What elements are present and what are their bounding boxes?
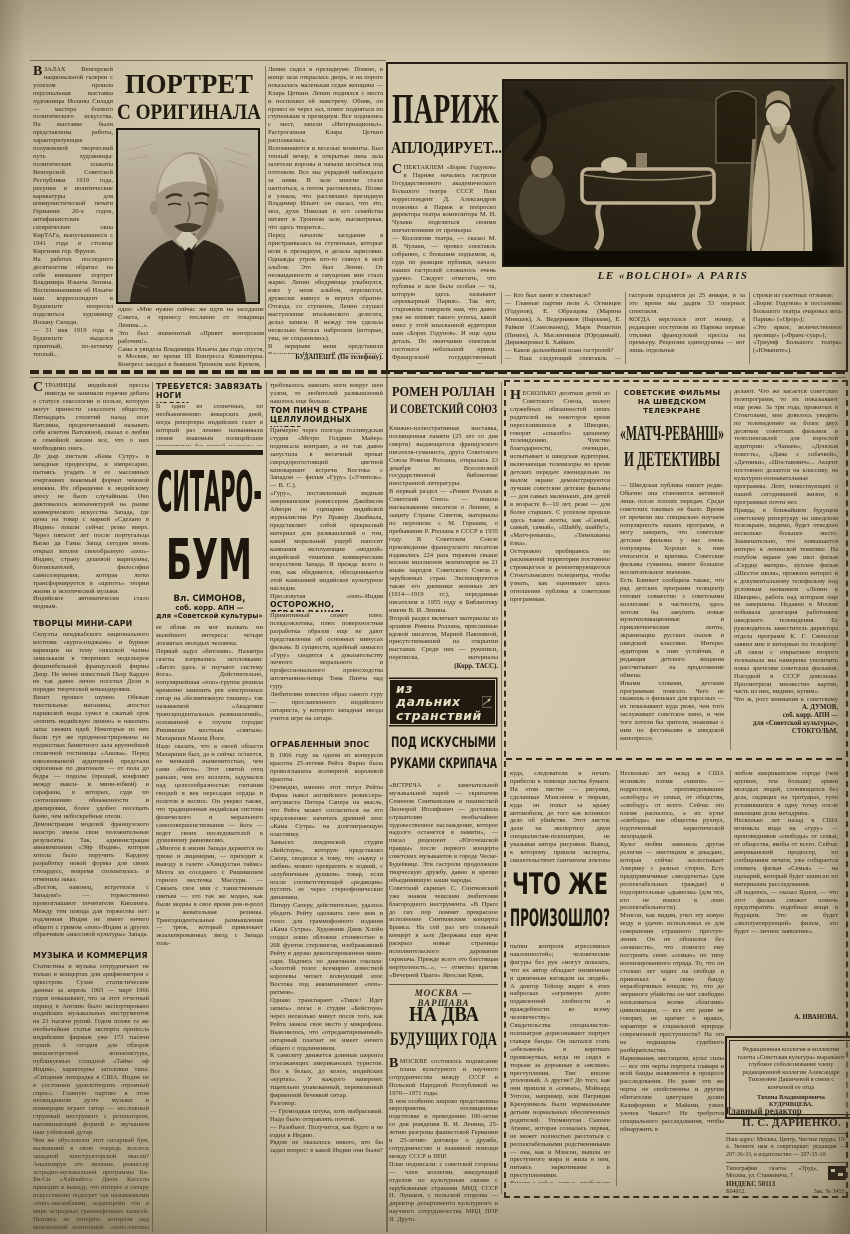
moscow-warsaw-kicker: МОСКВА — ВАРШАВА [389,988,498,1001]
manson-a-pre: куда, следователи и печать прибегли к по… [510,770,610,862]
match-revanche-line2: И ДЕТЕКТИВЫ [624,447,720,471]
two-years-headline-line1: НА ДВА [409,1002,480,1026]
two-years-headline: НА ДВА БУДУЩИХ ГОДА [389,1001,498,1051]
top-rule [30,60,386,61]
sweden-column-c-text: делают. Что же касается советских телепр… [734,388,838,704]
mini-sari-subhead: ТВОРЦЫ МИНИ-САРИ [33,619,149,631]
music-commerce-subhead: МУЗЫКА И КОММЕРЦИЯ [33,951,149,963]
travel-box-label: из дальних странствий [390,682,482,723]
sitar-c1-text-a: СТРАНИЦЫ индийской прессы никогда не зан… [33,382,149,619]
sitar-title-bar [156,450,263,455]
travel-icon [482,690,492,714]
code-line: Б04012. [726,1189,746,1196]
match-revanche-headline: «МАТЧ-РЕВАНШ» И ДЕТЕКТИВЫ [620,419,724,473]
portrait-sign: БУДАПЕШТ. (По телефону). [268,354,383,361]
printer-text: Типография газеты «Труд», Москва, ул. Ст… [726,1166,818,1181]
paris-column-3: гастроли продлятся до 25 января, и за эт… [629,292,745,364]
sitar-column-2: ТРЕБУЕТСЯ: ЗАВЯЗАТЬ НОГИ УЗЛОМ В один из… [156,382,263,1232]
manson-column-c: любом американском городе (чем крупнее, … [734,770,838,1028]
sweden-kicker-line2: НА ШВЕДСКОМ [620,397,724,406]
violinist-text: «ВСТРЕЧА с замечательной музыкальной пар… [389,782,498,978]
bolshoi-stage-scene [504,81,842,265]
paris-column-rule-1 [501,292,502,364]
travel-box-line1: из дальних [396,682,482,709]
paris-column-1: С ПЕКТАКЛЕМ «Борис Годунов» в Париже нач… [392,164,496,364]
rolland-headline: РОМЕН РОЛЛАН И СОВЕТСКИЙ СОЮЗ [389,382,498,418]
two-years-text: В МОСКВЕ состоялось подписание плана кул… [389,1058,498,1228]
sitar-boom-line1: СИТАРО- [157,460,262,525]
simonov-byline-name: Вл. СИМОНОВ, [156,594,263,604]
paris-column-rule-3 [749,292,750,364]
sweden-column-b-text: — Шведская публика пишет редко. Обычно о… [620,482,724,748]
travel-box-line2: странствий [396,709,482,723]
dumov-city: СТОКГОЛЬМ. [792,728,838,735]
bolshoi-photo-caption: LE «BOLCHOI» A PARIS [502,270,844,282]
sitar-c2-text: ее облик не мог вызвать ни малейшего инт… [156,624,263,1216]
sweden-rule-1 [616,390,617,750]
sitar-column-3: требовалось завязать ноги вокруг шеи узл… [270,382,383,1232]
column-rule-1 [152,382,153,1232]
paris-subheadline: АПЛОДИРУЕТ... [390,137,504,159]
trebuetsya-text: В один из солнечных, по необыкновению ян… [156,403,263,446]
portrait-article-left-column: В ЗАЛАХ Венгерской национальной галереи … [33,66,113,368]
column-rule-3 [386,62,388,1232]
manson-column-b: Несколько лет назад в США возникло племя… [620,770,724,1188]
simonov-byline-paper: для «Советской культуры» [156,612,263,620]
sweden-column-b: СОВЕТСКИЕ ФИЛЬМЫ НА ШВЕДСКОМ ТЕЛЕЭКРАНЕ … [620,388,724,750]
newspaper-page: В ЗАЛАХ Венгерской национальной галереи … [0,0,850,1234]
imprint-rule-2 [726,1162,846,1163]
printer-mark-icon [828,1166,846,1180]
paris-column-2: — Кто был занят в спектакле? — Главные п… [505,292,621,364]
paris-column-rule-2 [625,292,626,364]
editor-label: Главный редактор [726,1106,846,1117]
portrait-headline-line1: ПОРТРЕТ [125,70,253,99]
portrait-article-below-photo: одно: «Мне нужно сейчас же идти на засед… [118,306,264,368]
travel-section-box: из дальних странствий [390,680,495,724]
manson-rule-1 [616,770,617,1186]
rolland-text: Книжно-иллюстративная выставка, посвящен… [389,425,498,663]
bolshoi-stage-photo [502,79,844,267]
address-text: Наш адрес: Москва, Центр, Чистые пруды, … [726,1137,846,1159]
paris-headline-text: ПАРИЖ [392,87,499,132]
lenin-portrait-drawing [118,130,258,302]
rolland-headline-line2: И СОВЕТСКИЙ СОЮЗ [390,401,497,416]
editor-name: П. С. ДАРИЕНКО. [726,1117,846,1130]
match-revanche-line1: «МАТЧ-РЕВАНШ» [620,421,724,445]
robbed-epos-subhead: ОГРАБЛЕННЫЙ ЭПОС [270,740,383,752]
rolland-sign: (Корр. ТАСС). [389,663,498,673]
imprint-block: Главный редактор П. С. ДАРИЕНКО. Наш адр… [726,1106,846,1198]
main-divider-line [30,377,846,378]
sitar-c3-tail: требовалось завязать ноги вокруг шеи узл… [270,382,383,406]
manson-a-post: пытки контроля агрессивных наклонностей»… [510,943,610,1183]
paris-headline: ПАРИЖ [391,86,501,132]
column-4: РОМЕН РОЛЛАН И СОВЕТСКИЙ СОЮЗ Книжно-илл… [389,382,498,1232]
dumov-signature: А. ДУМОВ, соб. корр. АПН — для «Советско… [734,704,838,736]
devaluation-subhead: ОСТОРОЖНО, ДЕВАЛЬВАЦИЯ! [270,600,383,612]
what-happened-line1: ЧТО ЖЕ [512,867,608,901]
imprint-rule-1 [726,1133,846,1134]
what-happened-headline: ЧТО ЖЕ ПРОИЗОШЛО? [510,867,610,933]
simonov-byline: Вл. СИМОНОВ, соб. корр. АПН — для «Совет… [156,594,263,620]
sweden-kicker-line1: СОВЕТСКИЕ ФИЛЬМЫ [620,388,724,397]
lenin-portrait-photo [116,128,260,304]
sweden-kicker: СОВЕТСКИЕ ФИЛЬМЫ НА ШВЕДСКОМ ТЕЛЕЭКРАНЕ [620,388,724,415]
ivanova-signature: А. ИВАНОВА. [734,1014,838,1021]
dumov-paper: для «Советской культуры», [753,720,838,727]
order-number: Зак. № 3455. [814,1189,846,1196]
rolland-headline-line1: РОМЕН РОЛЛАН [392,385,495,400]
column-rule-2 [266,382,267,1232]
simonov-byline-role: соб. корр. АПН — [156,604,263,612]
sitar-c1-text-c: Статистика и музыка сотрудничают не толь… [33,963,149,1229]
main-divider-dashed [30,370,846,374]
sweden-kicker-line3: ТЕЛЕЭКРАНЕ [620,406,724,415]
dumov-name: А. ДУМОВ, [802,704,838,711]
paris-column-4: строки из газетных отзывов: «Борис Годун… [753,292,842,364]
tom-pinch-subhead: ТОМ ПИНЧ В СТРАНЕ ЦЕЛЛУЛОИДНЫХ ЧУДЕС [270,406,383,427]
obituary-text: Редакционная коллегия и коллектив газеты… [735,1046,847,1092]
sweden-column-a: НЕСКОЛЬКО десятков детей из Советского С… [510,390,610,748]
sitar-boom-headline: СИТАРО- БУМ [156,457,263,587]
sitar-c3-text-b: Примитивный сюжет плюс псевдоэкзотика, п… [270,612,383,740]
index-line: ИНДЕКС 50113 [726,1180,846,1189]
sitar-c3-text-a: Примерно через полгода голливудская студ… [270,427,383,600]
manson-rule-2 [730,770,731,1030]
obituary-box: Редакционная коллегия и коллектив газеты… [729,1040,850,1115]
manson-c-text: любом американском городе (чем крупнее, … [734,770,838,1014]
violinist-headline-line2: РУКАМИ СКРИПАЧА [390,756,497,772]
violinist-headline: ПОД ИСКУСНЫМИ РУКАМИ СКРИПАЧА [389,732,498,774]
dumov-role: соб. корр. АПН — [783,712,838,719]
sweden-rule-2 [730,390,731,750]
obituary-name-line1: Тихона Владимировича [735,1094,847,1102]
violinist-headline-line1: ПОД ИСКУСНЫМИ [391,735,496,751]
portrait-right-text: Ленин сидел в президиуме. Помню, в конце… [268,66,383,354]
manson-column-a: куда, следователи и печать прибегли к по… [510,770,610,1188]
moscow-warsaw-rule [389,984,498,985]
portrait-headline: ПОРТРЕТ С ОРИГИНАЛА [114,70,264,124]
sitar-c1-text-b: Силуэты пенджабского национального костю… [33,631,149,951]
paris-subheadline-text: АПЛОДИРУЕТ... [391,138,502,157]
two-years-headline-line2: БУДУЩИХ ГОДА [390,1029,497,1050]
sitar-c3-text-c: В 1966 году на одном из конкурсов красот… [270,752,383,1218]
column-rule-4 [501,382,502,1194]
sitar-column-1: СТРАНИЦЫ индийской прессы никогда не зан… [33,382,149,1232]
sitar-boom-line2: БУМ [166,528,252,587]
portrait-article-right-column: Ленин сидел в президиуме. Помню, в конце… [268,66,383,368]
sweden-column-c: делают. Что же касается советских телепр… [734,388,838,752]
portrait-headline-line2: С ОРИГИНАЛА [117,99,261,124]
trebuetsya-subhead: ТРЕБУЕТСЯ: ЗАВЯЗАТЬ НОГИ УЗЛОМ [156,382,263,403]
portrait-right-rule [265,66,266,368]
what-happened-line2: ПРОИЗОШЛО? [510,904,610,932]
dashed-box-divider [506,758,842,760]
